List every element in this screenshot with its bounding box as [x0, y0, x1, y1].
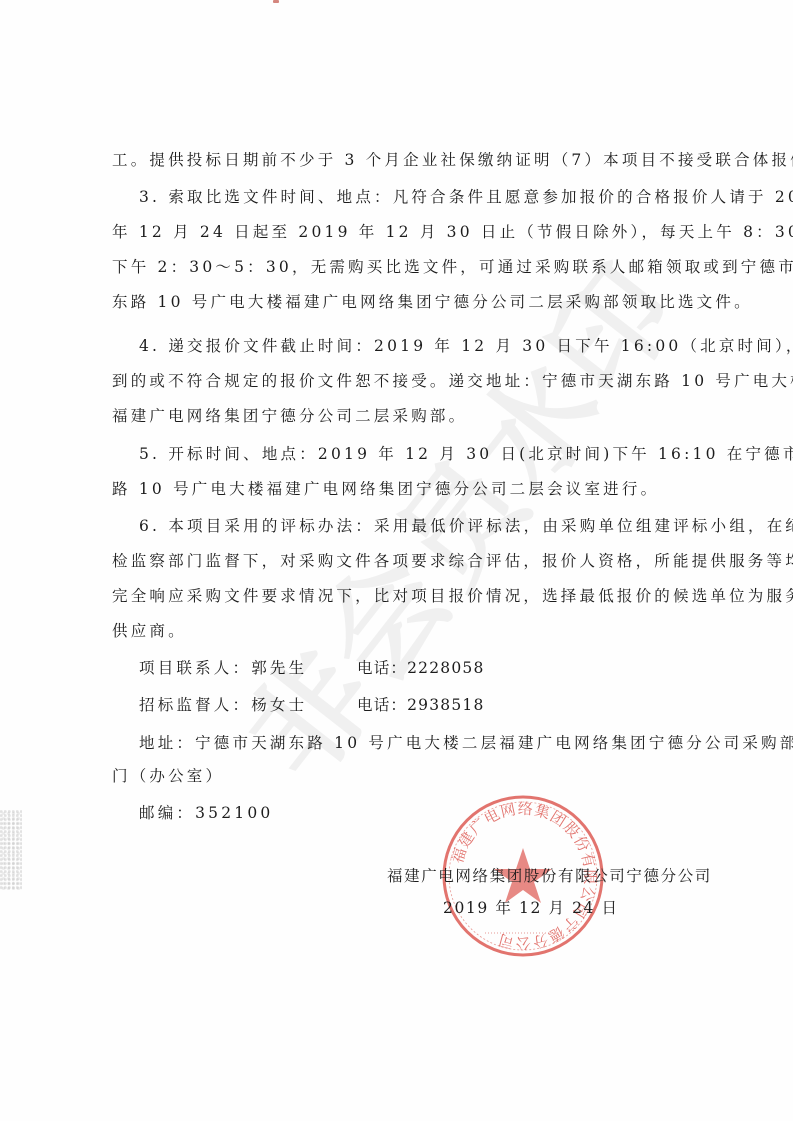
paragraph-3-line-4: 东路 10 号广电大楼福建广电网络集团宁德分公司二层采购部领取比选文件。 [112, 292, 712, 312]
paragraph-3-line-2: 年 12 月 24 日起至 2019 年 12 月 30 日止（节假日除外），每… [112, 222, 712, 242]
postcode: 邮编：352100 [139, 803, 273, 823]
paragraph-4-line-3: 福建广电网络集团宁德分公司二层采购部。 [112, 406, 712, 426]
supervisor-label: 招标监督人：杨女士 [139, 695, 307, 715]
address-line-2: 门（办公室） [112, 766, 712, 786]
paragraph-4-line-2: 到的或不符合规定的报价文件恕不接受。递交地址：宁德市天湖东路 10 号广电大楼 [112, 371, 712, 391]
paragraph-2-tail: 工。提供投标日期前不少于 3 个月企业社保缴纳证明（7）本项目不接受联合体报价。 [112, 150, 712, 170]
paragraph-6-line-1: 6. 本项目采用的评标办法：采用最低价评标法，由采购单位组建评标小组，在纪 [139, 516, 739, 536]
paragraph-6-line-4: 供应商。 [112, 621, 712, 641]
document-page: 非会员水印 福建广电网络集团股份有限公司宁德分公司 工。提供投标日期前不少于 3… [0, 0, 793, 1121]
address-line-1: 地址：宁德市天湖东路 10 号广电大楼二层福建广电网络集团宁德分公司采购部 [139, 733, 739, 753]
contact-person-phone: 电话：2228058 [357, 658, 485, 678]
paragraph-5-line-1: 5. 开标时间、地点：2019 年 12 月 30 日(北京时间)下午 16:1… [139, 444, 739, 464]
paragraph-5-line-2: 路 10 号广电大楼福建广电网络集团宁德分公司二层会议室进行。 [112, 479, 712, 499]
supervisor-phone: 电话：2938518 [357, 695, 485, 715]
paragraph-6-line-2: 检监察部门监督下，对采购文件各项要求综合评估，报价人资格，所能提供服务等均 [112, 551, 712, 571]
signature-date: 2019 年 12 月 24 日 [443, 898, 619, 918]
contact-person-label: 项目联系人：郭先生 [139, 658, 307, 678]
paragraph-6-line-3: 完全响应采购文件要求情况下，比对项目报价情况，选择最低报价的候选单位为服务 [112, 586, 712, 606]
signature-organization: 福建广电网络集团股份有限公司宁德分公司 [387, 866, 712, 886]
paragraph-3-line-1: 3. 索取比选文件时间、地点：凡符合条件且愿意参加报价的合格报价人请于 2019 [139, 187, 739, 207]
paragraph-4-line-1: 4. 递交报价文件截止时间：2019 年 12 月 30 日下午 16:00（北… [139, 336, 739, 356]
paragraph-3-line-3: 下午 2：30～5：30，无需购买比选文件，可通过采购联系人邮箱领取或到宁德市天… [112, 257, 712, 277]
